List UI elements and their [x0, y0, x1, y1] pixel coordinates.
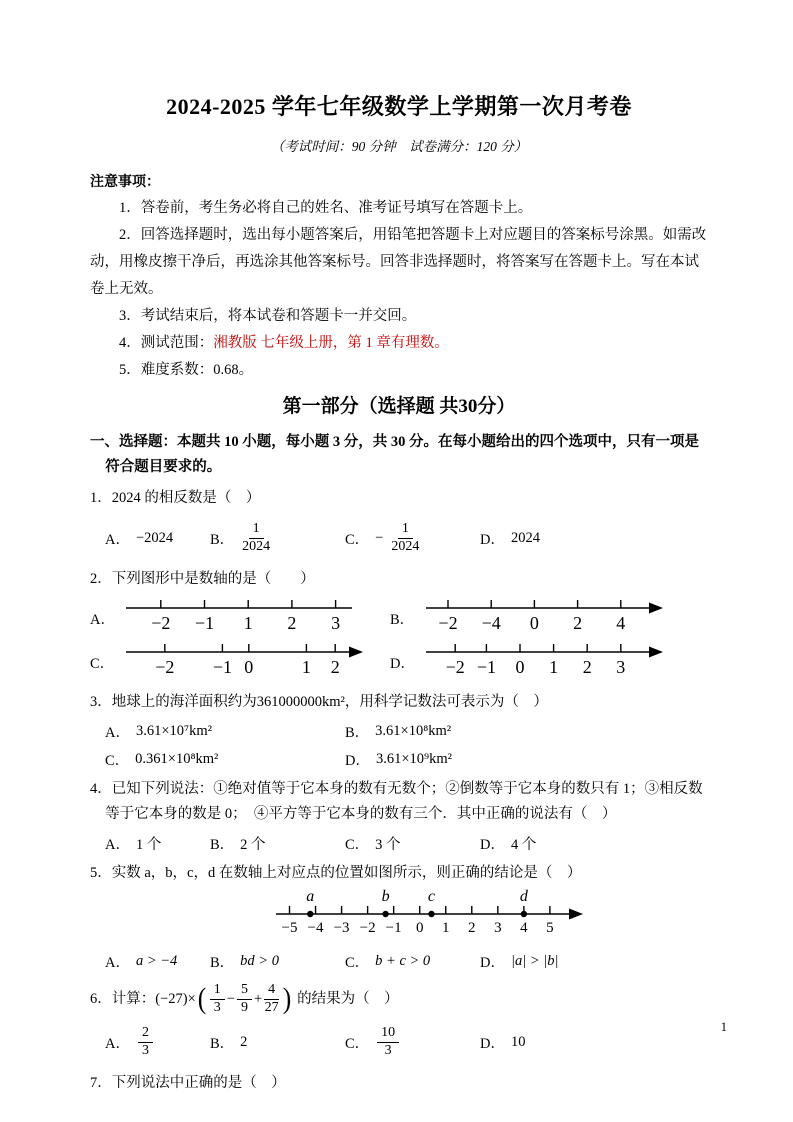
numberline-figure: −2−10123	[424, 642, 664, 683]
option-d: D．10	[480, 1032, 708, 1053]
svg-text:1: 1	[442, 920, 450, 936]
question-5-text: 5．实数 a，b，c，d 在数轴上对应点的位置如图所示，则正确的结论是（ ）	[90, 861, 708, 886]
option-c: C．3 个	[345, 833, 480, 854]
svg-text:0: 0	[530, 613, 539, 633]
notices-heading: 注意事项：	[90, 168, 708, 195]
svg-text:3: 3	[331, 613, 340, 633]
question-2: 2．下列图形中是数轴的是（ ） A． −2−1123 B． −2−4024 C．…	[90, 567, 708, 684]
option-d-label: D．	[480, 833, 505, 854]
option-d-value: 4 个	[511, 833, 536, 854]
fraction: 103	[377, 1026, 399, 1058]
minus-sign: −	[375, 530, 383, 547]
svg-text:−2: −2	[446, 657, 465, 677]
option-a: A．23	[105, 1026, 210, 1058]
question-1-options: A．−2024 B．12024 C．−12024 D．2024	[90, 515, 708, 561]
svg-text:d: d	[520, 888, 529, 905]
option-b-label: B．	[210, 951, 234, 972]
svg-text:−3: −3	[334, 920, 350, 936]
option-c-label: C．	[90, 652, 124, 673]
svg-text:−1: −1	[213, 657, 232, 677]
question-5-figure: −5−4−3−2−1012345abcd	[150, 888, 708, 945]
option-b-label: B．	[210, 1032, 234, 1053]
section-instruction: 一、选择题：本题共 10 小题，每小题 3 分，共 30 分。在每小题给出的四个…	[90, 430, 708, 480]
svg-text:0: 0	[244, 657, 253, 677]
question-3-text: 3．地球上的海洋面积约为361000000km²，用科学记数法可表示为（ ）	[90, 690, 708, 715]
fraction-denominator: 2024	[391, 539, 419, 555]
option-b: B．bd > 0	[210, 951, 345, 972]
notice-item-4: 4．测试范围：湘教版 七年级上册，第 1 章有理数。	[90, 330, 708, 357]
svg-text:2: 2	[287, 613, 296, 633]
numberline-figure: −5−4−3−2−1012345abcd	[274, 888, 584, 945]
option-a-value: 1 个	[136, 833, 161, 854]
option-d-label: D．	[480, 1032, 505, 1053]
fraction-numerator: 1	[249, 522, 264, 539]
question-6-suffix: 的结果为（ ）	[297, 987, 399, 1012]
option-b-label: B．	[390, 608, 424, 629]
svg-text:0: 0	[416, 920, 424, 936]
fraction: 12024	[391, 522, 419, 554]
option-a-label: A．	[105, 951, 130, 972]
option-d: D．3.61×10⁹km²	[345, 749, 585, 770]
svg-text:−2: −2	[360, 920, 376, 936]
option-d: D．2024	[480, 528, 708, 549]
numberline-option-a: A． −2−1123	[90, 596, 390, 640]
fraction-numerator: 10	[377, 1026, 399, 1043]
page-number: 1	[721, 1020, 727, 1035]
option-d: D．4 个	[480, 833, 708, 854]
notice-item-1: 1．答卷前，考生务必将自己的姓名、准考证号填写在答题卡上。	[90, 195, 708, 222]
svg-text:b: b	[382, 888, 390, 905]
option-a-value: −2024	[136, 530, 173, 547]
fraction: 23	[138, 1026, 153, 1058]
numberline-figure: −2−1123	[124, 598, 354, 639]
notice-item-2: 2．回答选择题时，选出每小题答案后，用铅笔把答题卡上对应题目的答案标号涂黑。如需…	[90, 222, 708, 303]
svg-text:−1: −1	[195, 613, 214, 633]
option-c-label: C．	[345, 951, 369, 972]
close-paren: )	[283, 984, 292, 1014]
svg-text:1: 1	[302, 657, 311, 677]
notices-section: 注意事项： 1．答卷前，考生务必将自己的姓名、准考证号填写在答题卡上。 2．回答…	[90, 168, 708, 384]
fraction-numerator: 1	[398, 522, 413, 539]
notice-item-4-scope: 湘教版 七年级上册，第 1 章有理数。	[213, 335, 449, 351]
option-c-value: b + c > 0	[375, 953, 430, 970]
svg-text:−2: −2	[151, 613, 170, 633]
question-1-text: 1．2024 的相反数是（ ）	[90, 486, 708, 511]
option-d-value: 3.61×10⁹km²	[376, 751, 452, 768]
svg-text:3: 3	[494, 920, 502, 936]
option-d-label: D．	[480, 951, 505, 972]
option-a-label: A．	[105, 528, 130, 549]
numberline-option-b: B． −2−4024	[390, 596, 690, 640]
option-c-label: C．	[345, 1032, 369, 1053]
option-b-label: B．	[210, 833, 234, 854]
svg-text:2: 2	[573, 613, 582, 633]
question-4-text: 4．已知下列说法：①绝对值等于它本身的数有无数个；②倒数等于它本身的数只有 1；…	[90, 777, 708, 827]
question-7-text: 7．下列说法中正确的是（ ）	[90, 1071, 708, 1096]
numberline-figure: −2−1012	[124, 642, 364, 683]
option-a: A．−2024	[105, 528, 210, 549]
option-c-label: C．	[345, 528, 369, 549]
question-3: 3．地球上的海洋面积约为361000000km²，用科学记数法可表示为（ ） A…	[90, 690, 708, 771]
option-b-value: 2 个	[240, 833, 265, 854]
svg-text:−2: −2	[155, 657, 174, 677]
fraction-denominator: 3	[214, 1000, 221, 1016]
option-c: C．0.361×10⁸km²	[105, 749, 345, 770]
option-d-label: D．	[345, 749, 370, 770]
question-2-figures: A． −2−1123 B． −2−4024 C． −2−1012 D． −2−1…	[90, 596, 708, 684]
option-c: C．−12024	[345, 522, 480, 554]
option-b-label: B．	[210, 528, 234, 549]
option-d-value: |a| > |b|	[511, 953, 558, 970]
option-b: B．12024	[210, 522, 345, 554]
option-c-value: 0.361×10⁸km²	[135, 751, 218, 768]
option-c-label: C．	[345, 833, 369, 854]
svg-text:5: 5	[546, 920, 554, 936]
option-a-label: A．	[105, 1032, 130, 1053]
option-c: C．b + c > 0	[345, 951, 480, 972]
option-b: B．3.61×10⁸km²	[345, 721, 585, 742]
option-a: A．3.61×10⁷km²	[105, 721, 345, 742]
operator-minus: −	[227, 987, 235, 1012]
svg-text:−1: −1	[386, 920, 402, 936]
question-7: 7．下列说法中正确的是（ ）	[90, 1071, 708, 1096]
question-6-lead: 6．计算：	[90, 987, 155, 1012]
fraction: 12024	[242, 522, 270, 554]
svg-text:−4: −4	[482, 613, 501, 633]
numberline-option-c: C． −2−1012	[90, 640, 390, 684]
option-a-label: A．	[90, 608, 124, 629]
fraction-numerator: 4	[264, 983, 279, 1000]
page-title: 2024-2025 学年七年级数学上学期第一次月考卷	[90, 92, 708, 122]
svg-text:−2: −2	[438, 613, 457, 633]
fraction-numerator: 5	[237, 983, 252, 1000]
exam-paper: 2024-2025 学年七年级数学上学期第一次月考卷 （考试时间：90 分钟 试…	[90, 92, 708, 1096]
expression-lead: (−27)×	[155, 987, 196, 1012]
option-b: B．2	[210, 1032, 345, 1053]
operator-plus: +	[254, 987, 262, 1012]
option-a: A．a > −4	[105, 951, 210, 972]
svg-text:−4: −4	[308, 920, 324, 936]
option-b-value: 2	[240, 1034, 247, 1051]
option-d: D．|a| > |b|	[480, 951, 708, 972]
option-b-label: B．	[345, 721, 369, 742]
option-c-label: C．	[105, 749, 129, 770]
fraction-denominator: 3	[385, 1043, 392, 1059]
option-d-value: 2024	[511, 530, 540, 547]
question-4: 4．已知下列说法：①绝对值等于它本身的数有无数个；②倒数等于它本身的数只有 1；…	[90, 777, 708, 855]
open-paren: (	[198, 984, 207, 1014]
svg-text:1: 1	[549, 657, 558, 677]
option-a-value: 3.61×10⁷km²	[136, 723, 212, 740]
notice-item-4-prefix: 4．测试范围：	[119, 335, 213, 351]
fraction: 13	[210, 983, 225, 1015]
svg-text:4: 4	[616, 613, 625, 633]
svg-text:−5: −5	[282, 920, 298, 936]
question-5: 5．实数 a，b，c，d 在数轴上对应点的位置如图所示，则正确的结论是（ ） −…	[90, 861, 708, 973]
option-b: B．2 个	[210, 833, 345, 854]
option-c: C．103	[345, 1026, 480, 1058]
fraction: 427	[264, 983, 279, 1015]
question-4-options: A．1 个 B．2 个 C．3 个 D．4 个	[90, 831, 708, 855]
question-1: 1．2024 的相反数是（ ） A．−2024 B．12024 C．−12024…	[90, 486, 708, 561]
question-6-text: 6．计算： (−27)× ( 13 − 59 + 427 ) 的结果为（ ）	[90, 983, 708, 1015]
svg-text:0: 0	[516, 657, 525, 677]
svg-text:2: 2	[468, 920, 476, 936]
fraction-numerator: 2	[138, 1026, 153, 1043]
question-6: 6．计算： (−27)× ( 13 − 59 + 427 ) 的结果为（ ） A…	[90, 983, 708, 1065]
option-a-label: A．	[105, 833, 130, 854]
svg-text:3: 3	[616, 657, 625, 677]
option-d-label: D．	[390, 652, 424, 673]
svg-text:2: 2	[331, 657, 340, 677]
option-a: A．1 个	[105, 833, 210, 854]
svg-text:−1: −1	[477, 657, 496, 677]
svg-text:a: a	[306, 888, 314, 905]
fraction-denominator: 9	[241, 1000, 248, 1016]
question-5-options: A．a > −4 B．bd > 0 C．b + c > 0 D．|a| > |b…	[90, 949, 708, 973]
notice-item-3: 3．考试结束后，将本试卷和答题卡一并交回。	[90, 303, 708, 330]
notice-item-5: 5．难度系数：0.68。	[90, 357, 708, 384]
svg-text:c: c	[428, 888, 435, 905]
question-2-text: 2．下列图形中是数轴的是（ ）	[90, 567, 708, 592]
fraction-numerator: 1	[210, 983, 225, 1000]
numberline-option-d: D． −2−10123	[390, 640, 690, 684]
question-6-options: A．23 B．2 C．103 D．10	[90, 1019, 708, 1065]
option-a-value: a > −4	[136, 953, 177, 970]
svg-text:2: 2	[583, 657, 592, 677]
option-a-label: A．	[105, 721, 130, 742]
fraction: 59	[237, 983, 252, 1015]
section-heading: 第一部分（选择题 共30分）	[90, 393, 708, 421]
exam-meta: （考试时间：90 分钟 试卷满分：120 分）	[90, 135, 708, 155]
option-b-value: bd > 0	[240, 953, 279, 970]
fraction-denominator: 27	[265, 1000, 279, 1016]
svg-text:1: 1	[244, 613, 253, 633]
option-c-value: 3 个	[375, 833, 400, 854]
fraction-denominator: 3	[142, 1043, 149, 1059]
option-b-value: 3.61×10⁸km²	[375, 723, 451, 740]
numberline-figure: −2−4024	[424, 598, 664, 639]
question-3-options-row-2: C．0.361×10⁸km² D．3.61×10⁹km²	[90, 747, 708, 771]
question-3-options-row-1: A．3.61×10⁷km² B．3.61×10⁸km²	[90, 719, 708, 743]
svg-text:4: 4	[520, 920, 528, 936]
option-d-label: D．	[480, 528, 505, 549]
option-d-value: 10	[511, 1034, 526, 1051]
fraction-denominator: 2024	[242, 539, 270, 555]
